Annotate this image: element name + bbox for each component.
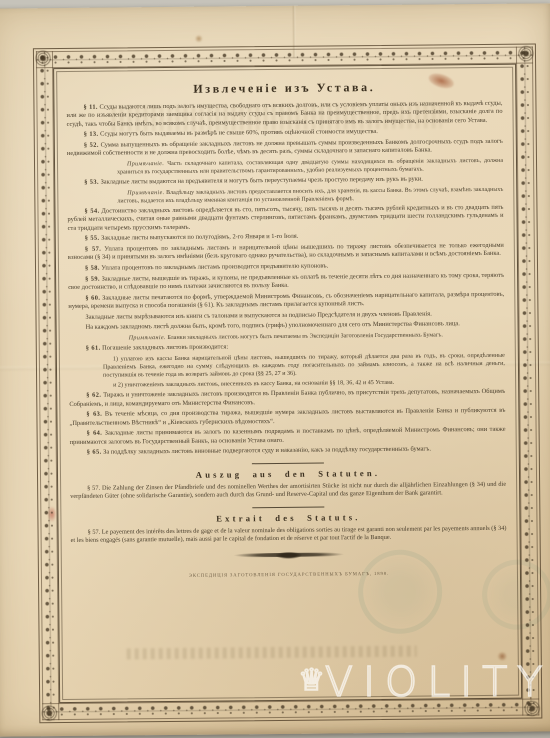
paragraph-text: Уплата процентовъ по закладнымъ листамъ … <box>68 242 504 262</box>
statute-paragraph-62: § 62. Тиражъ и уничтоженіе закладныхъ ли… <box>69 388 505 409</box>
paragraph-text: На каждомъ закладномъ листѣ должна быть,… <box>86 320 460 331</box>
paragraph-number: § 54. <box>84 208 99 215</box>
paragraph-number: § 62. <box>86 392 101 399</box>
french-section-heading: Extrait des Statuts. <box>70 511 506 524</box>
statute-paragraph-61-item-1: 1) уплатою изъ кассы Банка нарицательной… <box>103 351 505 379</box>
note-text: Владѣльцу закладныхъ листовъ предоставля… <box>117 187 503 205</box>
swelled-rule-ornament <box>218 552 360 557</box>
paragraph-text: Закладные листы вырѣзываются изъ книги с… <box>85 310 431 320</box>
paragraph-number: § 65. <box>87 449 102 456</box>
document-title: Извлеченіе изъ Устава. <box>66 79 502 97</box>
paragraph-number: § 52. <box>84 142 99 149</box>
statute-paragraph-64: § 64. Закладные листы принимаются въ зал… <box>70 426 506 447</box>
charter-text-column: Извлеченіе изъ Устава. § 11. Ссуды выдаю… <box>66 68 508 699</box>
paragraph-number: § 53. <box>84 179 99 186</box>
paragraph-number: § 64. <box>87 430 103 437</box>
paragraph-text: Закладные листы выпускаются по полугодія… <box>101 233 298 242</box>
statute-paragraph-63: § 63. Въ теченіе мѣсяца, со дня производ… <box>69 407 505 428</box>
paragraph-text: Закладные листы печатаются по формѣ, утв… <box>68 290 504 310</box>
paragraph-text: Уплата процентовъ по закладнымъ листамъ … <box>101 262 328 271</box>
paragraph-text: Погашеніе закладныхъ листовъ производитс… <box>102 343 228 351</box>
note-label: Примѣчаніе. <box>127 190 164 196</box>
paragraph-text: Достоинство закладныхъ листовъ опредѣляе… <box>68 204 504 232</box>
paragraph-text: Ссуды выдаются лишь подъ залогъ имуществ… <box>67 100 503 128</box>
ink-stain <box>195 35 203 43</box>
statute-paragraph-60: § 60. Закладные листы печатаются по форм… <box>68 290 504 311</box>
statute-note-53: Примѣчаніе. Владѣльцу закладныхъ листовъ… <box>117 186 503 206</box>
inner-rule-frame: Извлеченіе изъ Устава. § 11. Ссуды выдаю… <box>53 64 522 703</box>
corner-rosette-icon <box>34 49 52 67</box>
corner-rosette-icon <box>40 704 58 722</box>
paragraph-text: Закладные листы принимаются въ залогъ по… <box>70 426 506 446</box>
note-label: Примѣчаніе. <box>127 161 164 167</box>
statute-paragraph-52: § 52. Сумма выпущенныхъ въ обращеніе зак… <box>67 138 503 159</box>
section-divider <box>252 462 324 464</box>
paragraph-text: За поддѣлку закладныхъ листовъ виновные … <box>103 446 431 456</box>
paragraph-text: 1) уплатою изъ кассы Банка нарицательной… <box>103 352 505 378</box>
corner-rosette-icon <box>523 699 541 717</box>
paragraph-text: Въ теченіе мѣсяца, со дня производства т… <box>69 407 505 427</box>
paragraph-text: Ссуды могутъ быть выдаваемы въ размѣрѣ н… <box>100 128 378 138</box>
french-statute-paragraph: § 57. Le payement des intérêts des lettr… <box>71 525 507 546</box>
paragraph-text: Тиражъ и уничтоженіе закладныхъ листовъ … <box>69 388 505 408</box>
paragraph-text: Закладные листы выдаются на предъявителя… <box>101 176 423 186</box>
statute-note-52: Примѣчаніе. Часть складочнаго капитала, … <box>117 157 503 177</box>
german-section-heading: Auszug aus den Statuten. <box>70 467 506 480</box>
scanned-bond-page: Извлеченіе изъ Устава. § 11. Ссуды выдаю… <box>0 3 550 736</box>
paragraph-number: § 58. <box>85 265 100 272</box>
paragraph-number: § 60. <box>85 294 100 301</box>
paragraph-text: и 2) уничтоженіемъ закладныхъ листовъ, в… <box>113 380 394 389</box>
statute-paragraph-65: § 65. За поддѣлку закладныхъ листовъ вин… <box>70 445 506 458</box>
paragraph-number: § 55. <box>85 235 100 242</box>
paragraph-number: § 13. <box>84 131 99 138</box>
statute-paragraph-59: § 59. Закладные листы, вышедшіе въ тираж… <box>68 271 504 292</box>
printer-imprint: ЭКСПЕДИЦІЯ ЗАГОТОВЛЕНІЯ ГОСУДАРСТВЕННЫХЪ… <box>71 570 507 583</box>
section-divider <box>252 506 324 508</box>
note-label: Примѣчаніе. <box>129 335 166 341</box>
statute-paragraph-11: § 11. Ссуды выдаются лишь подъ залогъ им… <box>66 100 502 129</box>
paragraph-number: § 11. <box>83 104 98 111</box>
ornamental-frame: Извлеченіе изъ Устава. § 11. Ссуды выдаю… <box>33 43 542 723</box>
statute-paragraph-57: § 57. Уплата процентовъ по закладнымъ ли… <box>68 242 504 263</box>
note-text: Бланки закладныхъ листовъ могутъ быть пе… <box>167 332 443 341</box>
paragraph-number: § 63. <box>86 411 102 418</box>
paragraph-text: Закладные листы, вышедшіе въ тиражъ, и к… <box>68 271 504 291</box>
paragraph-number: § 57. <box>85 246 101 253</box>
note-text: Часть складочнаго капитала, составляющая… <box>117 158 503 176</box>
corner-rosette-icon <box>517 44 535 62</box>
paragraph-text: Сумма выпущенныхъ въ обращеніе закладных… <box>67 138 503 158</box>
paragraph-number: § 59. <box>85 275 100 282</box>
german-statute-paragraph: § 57. Die Zahlung der Zinsen der Pfandbr… <box>70 481 506 502</box>
statute-paragraph-54: § 54. Достоинство закладныхъ листовъ опр… <box>67 204 503 233</box>
paragraph-number: § 61. <box>86 345 101 352</box>
